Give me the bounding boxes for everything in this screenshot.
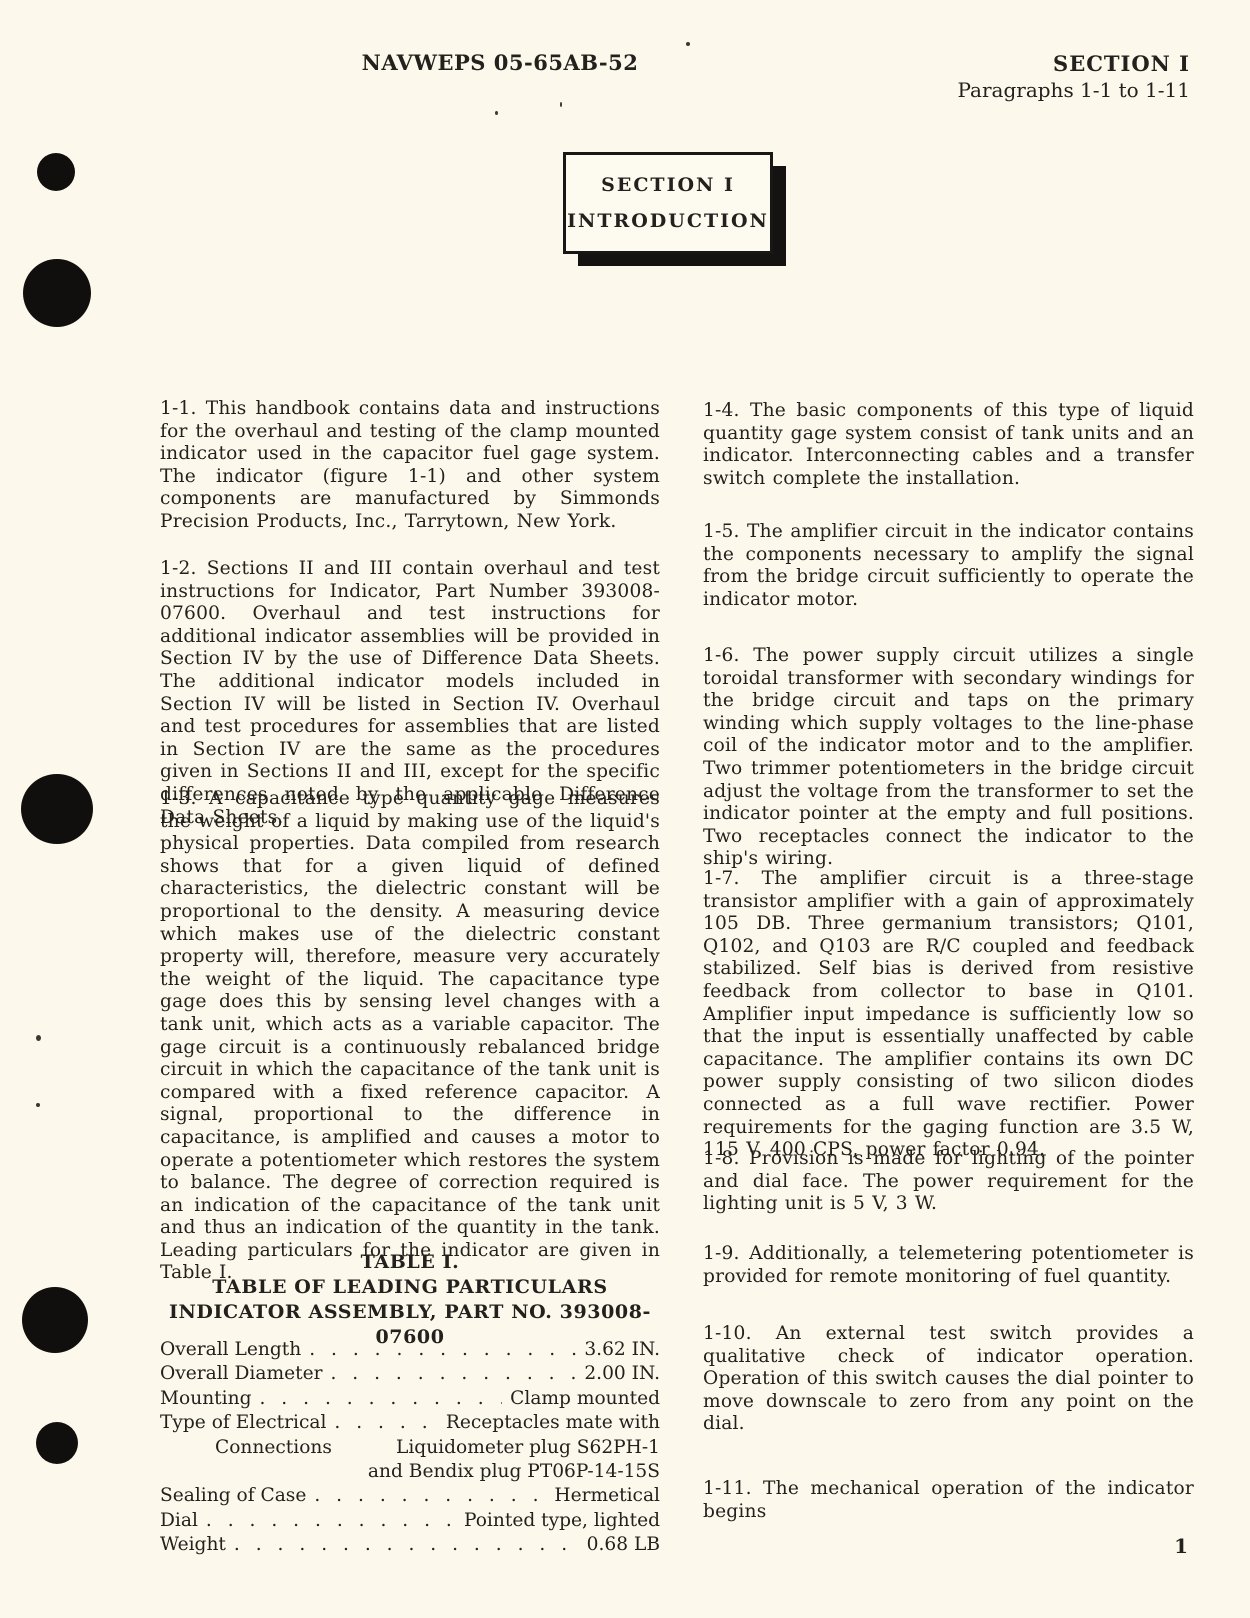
paragraph-1-7: 1-7. The amplifier circuit is a three-st…: [703, 868, 1194, 1162]
table-row-label: Connections: [160, 1436, 332, 1460]
table-row: Connections Liquidometer plug S62PH-1: [160, 1436, 660, 1460]
binder-hole: [23, 259, 91, 327]
dot-leader: [314, 1484, 546, 1508]
page-number: 1: [1174, 1534, 1188, 1558]
table-row-value: Liquidometer plug S62PH-1: [396, 1436, 660, 1460]
dot-leader: [309, 1338, 576, 1362]
paragraph-1-1: 1-1. This handbook contains data and ins…: [160, 398, 660, 534]
table-row: Dial Pointed type, lighted: [160, 1509, 660, 1533]
table-row-value: 2.00 IN.: [584, 1362, 660, 1386]
dot-leader: [234, 1533, 579, 1557]
paragraph-1-5: 1-5. The amplifier circuit in the indica…: [703, 521, 1194, 611]
paragraph-1-10: 1-10. An external test switch provides a…: [703, 1323, 1194, 1436]
table-row: Sealing of Case Hermetical: [160, 1484, 660, 1508]
section-box-subtitle: INTRODUCTION: [567, 210, 769, 232]
table-row-label: Type of Electrical: [160, 1411, 326, 1435]
dot-leader: [330, 1362, 576, 1386]
doc-number: NAVWEPS 05-65AB-52: [0, 50, 1000, 75]
table-row: Overall Diameter 2.00 IN.: [160, 1362, 660, 1386]
table-row: Mounting Clamp mounted: [160, 1387, 660, 1411]
table-row-value: and Bendix plug PT06P-14-15S: [368, 1460, 660, 1484]
table-title-line1: TABLE I.: [160, 1250, 660, 1275]
paragraph-1-9: 1-9. Additionally, a telemetering potent…: [703, 1243, 1194, 1288]
table-row-label: Sealing of Case: [160, 1484, 306, 1508]
ink-speck: [560, 102, 562, 107]
dot-leader: [206, 1509, 456, 1533]
table-row-value: Receptacles mate with: [446, 1411, 660, 1435]
header-right: SECTION I Paragraphs 1-1 to 1-11: [958, 50, 1191, 104]
paragraph-1-6: 1-6. The power supply circuit utilizes a…: [703, 645, 1194, 871]
table-row: Overall Length 3.62 IN.: [160, 1338, 660, 1362]
binder-hole: [21, 774, 93, 844]
paragraph-1-8: 1-8. Provision is made for lighting of t…: [703, 1148, 1194, 1216]
ink-speck: [495, 111, 498, 115]
table-row: Weight 0.68 LB: [160, 1533, 660, 1557]
table-title-line2: TABLE OF LEADING PARTICULARS: [160, 1275, 660, 1300]
table-row-label: Weight: [160, 1533, 226, 1557]
leading-particulars-table: Overall Length 3.62 IN. Overall Diameter…: [160, 1338, 660, 1558]
header-paragraph-range: Paragraphs 1-1 to 1-11: [958, 77, 1191, 104]
paragraph-1-11: 1-11. The mechanical operation of the in…: [703, 1478, 1194, 1523]
table-row-label: Mounting: [160, 1387, 251, 1411]
table-title: TABLE I. TABLE OF LEADING PARTICULARS IN…: [160, 1250, 660, 1350]
paragraph-1-3: 1-3. A capacitance type quantity gage me…: [160, 788, 660, 1285]
binder-hole: [22, 1287, 88, 1353]
dot-leader: [334, 1411, 437, 1435]
document-page: NAVWEPS 05-65AB-52 SECTION I Paragraphs …: [0, 0, 1250, 1618]
table-row-value: 3.62 IN.: [584, 1338, 660, 1362]
paragraph-1-4: 1-4. The basic components of this type o…: [703, 400, 1194, 490]
dot-leader: [259, 1387, 502, 1411]
table-row-label: Overall Diameter: [160, 1362, 322, 1386]
table-row-value: Pointed type, lighted: [464, 1509, 660, 1533]
header-section-label: SECTION I: [958, 50, 1191, 77]
table-row: and Bendix plug PT06P-14-15S: [160, 1460, 660, 1484]
table-row-value: 0.68 LB: [587, 1533, 660, 1557]
table-row-label: Dial: [160, 1509, 198, 1533]
table-row-value: Hermetical: [554, 1484, 660, 1508]
section-title-box: SECTION I INTRODUCTION: [563, 152, 773, 254]
ink-speck: [36, 1103, 40, 1107]
binder-hole: [36, 1422, 78, 1464]
binder-hole: [37, 153, 75, 191]
table-row-value: Clamp mounted: [510, 1387, 660, 1411]
ink-speck: [36, 1035, 41, 1041]
table-row: Type of Electrical Receptacles mate with: [160, 1411, 660, 1435]
section-box-title: SECTION I: [601, 174, 735, 196]
ink-speck: [686, 42, 690, 46]
table-row-label: Overall Length: [160, 1338, 301, 1362]
